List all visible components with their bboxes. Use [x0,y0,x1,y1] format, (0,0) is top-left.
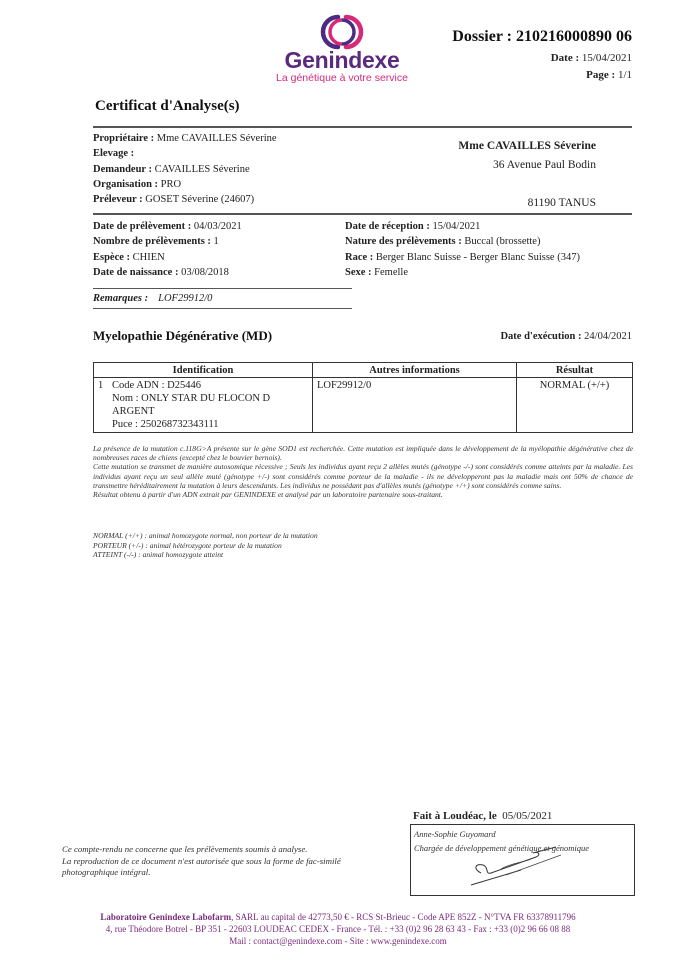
footer-line-2: 4, rue Théodore Botrel - BP 351 - 22603 … [0,923,676,935]
mutation-note: La présence de la mutation c.118G>A prés… [93,444,633,499]
demandeur-row: Demandeur : CAVAILLES Séverine [93,162,277,177]
page-title: Certificat d'Analyse(s) [95,98,240,115]
row-index: 1 [98,379,112,392]
col-identification: Identification [94,363,313,378]
address-city: 81190 TANUS [458,194,596,213]
divider [93,308,352,309]
legend-atteint: ATTEINT (-/-) : animal homozygote attein… [93,550,318,560]
nombre-prelevements-row: Nombre de prélèvements : 1 [93,234,242,249]
results-table: Identification Autres informations Résul… [93,362,633,433]
header-date-value: 15/04/2021 [582,52,632,64]
divider [93,126,632,128]
footer-line-1: Laboratoire Genindexe Labofarm, SARL au … [0,911,676,923]
legend-porteur: PORTEUR (+/-) : animal hétérozygote port… [93,541,318,551]
date-prelevement-row: Date de prélèvement : 04/03/2021 [93,219,242,234]
date-reception-row: Date de réception : 15/04/2021 [345,219,580,234]
genotype-legend: NORMAL (+/+) : animal homozygote normal,… [93,531,318,560]
animal-name: Nom : ONLY STAR DU FLOCON D [112,392,270,405]
legend-normal: NORMAL (+/+) : animal homozygote normal,… [93,531,318,541]
result-cell: NORMAL (+/+) [517,378,633,433]
race-row: Race : Berger Blanc Suisse - Berger Blan… [345,250,580,265]
logo-name: Genindexe [262,48,422,72]
dossier-label: Dossier : [452,28,512,45]
footer-contact: Mail : contact@genindexe.com - Site : ww… [0,935,676,947]
header-date-label: Date : [551,52,579,64]
elevage-row: Elevage : [93,146,277,161]
identification-cell: 1 Code ADN : D25446 Nom : ONLY STAR DU F… [94,378,313,433]
dossier-number: Dossier : 210216000890 06 [452,28,632,46]
header-page: Page : 1/1 [586,69,632,81]
sample-info-right: Date de réception : 15/04/2021 Nature de… [345,219,580,280]
date-naissance-row: Date de naissance : 03/08/2018 [93,265,242,280]
address-block: Mme CAVAILLES Séverine 36 Avenue Paul Bo… [458,137,596,213]
nature-row: Nature des prélèvements : Buccal (brosse… [345,234,580,249]
divider [93,213,632,215]
proprietaire-row: Propriétaire : Mme CAVAILLES Séverine [93,131,277,146]
signatory-name: Anne-Sophie Guyomard [414,827,631,841]
table-row: 1 Code ADN : D25446 Nom : ONLY STAR DU F… [94,378,633,433]
company-logo: Genindexe La génétique à votre service [262,14,422,84]
espece-row: Espèce : CHIEN [93,250,242,265]
address-street: 36 Avenue Paul Bodin [458,156,596,175]
execution-date: Date d'exécution : 24/04/2021 [500,331,632,342]
test-title: Myelopathie Dégénérative (MD) [93,328,272,344]
code-adn: Code ADN : D25446 [112,379,270,392]
sexe-row: Sexe : Femelle [345,265,580,280]
signed-place-date: Fait à Loudéac, le 05/05/2021 [413,810,552,822]
col-autres-informations: Autres informations [313,363,517,378]
disclaimer: Ce compte-rendu ne concerne que les prél… [62,844,341,879]
address-name: Mme CAVAILLES Séverine [458,137,596,156]
autres-informations-cell: LOF29912/0 [313,378,517,433]
table-header-row: Identification Autres informations Résul… [94,363,633,378]
logo-tagline: La génétique à votre service [262,72,422,84]
handwritten-signature-icon [461,845,581,890]
divider [93,288,352,289]
organisation-row: Organisation : PRO [93,177,277,192]
preleveur-row: Préleveur : GOSET Séverine (24607) [93,192,277,207]
header-date: Date : 15/04/2021 [551,52,632,64]
header-page-label: Page : [586,69,615,81]
owner-info: Propriétaire : Mme CAVAILLES Séverine El… [93,131,277,207]
remarks: Remarques :LOF29912/0 [93,293,212,304]
signature-box: Anne-Sophie Guyomard Chargée de développ… [410,824,635,896]
col-resultat: Résultat [517,363,633,378]
microchip: Puce : 250268732343111 [112,418,270,431]
header-page-value: 1/1 [618,69,632,81]
footer: Laboratoire Genindexe Labofarm, SARL au … [0,911,676,948]
interlocking-circles-icon [320,14,364,50]
sample-info-left: Date de prélèvement : 04/03/2021 Nombre … [93,219,242,280]
animal-name-cont: ARGENT [112,405,270,418]
dossier-value: 210216000890 06 [516,28,632,45]
